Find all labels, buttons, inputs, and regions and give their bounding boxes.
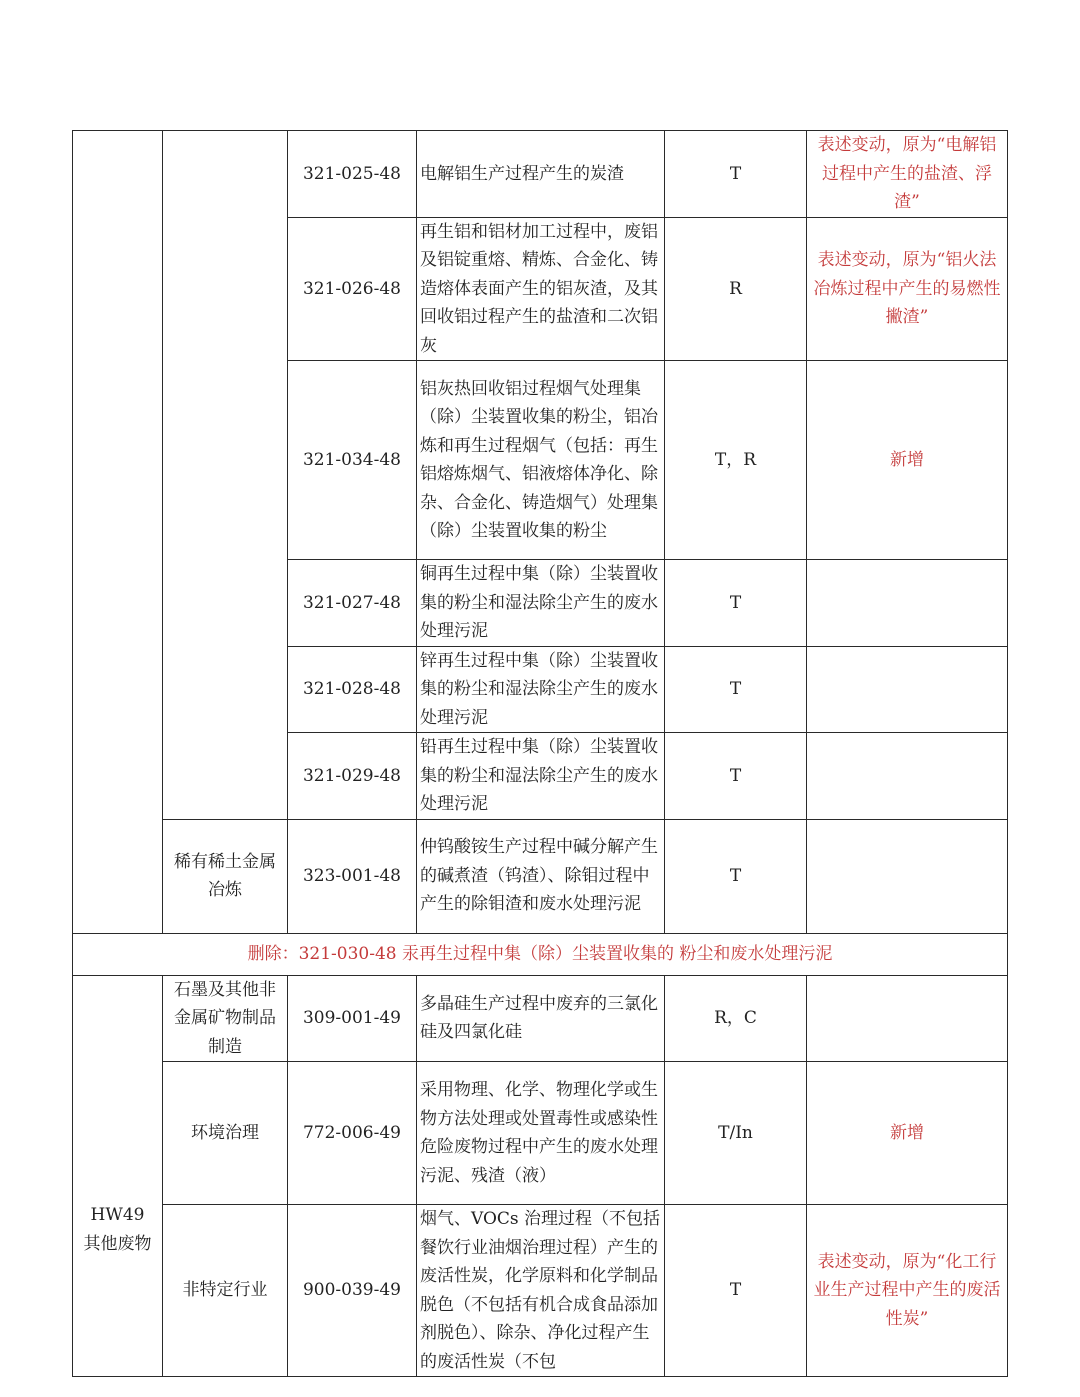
waste-code: 321-028-48 bbox=[288, 646, 417, 733]
change-note bbox=[807, 560, 1008, 647]
hazard-characteristic: T bbox=[665, 560, 807, 647]
waste-description: 锌再生过程中集（除）尘装置收集的粉尘和湿法除尘产生的废水处理污泥 bbox=[417, 646, 665, 733]
deleted-entry-note: 删除：321-030-48 汞再生过程中集（除）尘装置收集的 粉尘和废水处理污泥 bbox=[73, 933, 1008, 975]
table-row: HW49 其他废物 石墨及其他非金属矿物制品制造 309-001-49 多晶硅生… bbox=[73, 975, 1008, 1062]
industry-label: 环境治理 bbox=[163, 1062, 288, 1205]
hazard-characteristic: T/In bbox=[665, 1062, 807, 1205]
waste-description: 铅再生过程中集（除）尘装置收集的粉尘和湿法除尘产生的废水处理污泥 bbox=[417, 733, 665, 820]
table-row: 非特定行业 900-039-49 烟气、VOCs 治理过程（不包括餐饮行业油烟治… bbox=[73, 1205, 1008, 1377]
hazardous-waste-table: 321-025-48 电解铝生产过程产生的炭渣 T 表述变动，原为“电解铝过程中… bbox=[72, 130, 1008, 1377]
waste-code: 321-026-48 bbox=[288, 217, 417, 361]
waste-description: 铜再生过程中集（除）尘装置收集的粉尘和湿法除尘产生的废水处理污泥 bbox=[417, 560, 665, 647]
deleted-entry-row: 删除：321-030-48 汞再生过程中集（除）尘装置收集的 粉尘和废水处理污泥 bbox=[73, 933, 1008, 975]
change-note bbox=[807, 819, 1008, 933]
category-code: HW49 bbox=[76, 1201, 159, 1230]
waste-description: 仲钨酸铵生产过程中碱分解产生的碱煮渣（钨渣）、除钼过程中产生的除钼渣和废水处理污… bbox=[417, 819, 665, 933]
industry-label: 石墨及其他非金属矿物制品制造 bbox=[163, 975, 288, 1062]
industry-label: 非特定行业 bbox=[163, 1205, 288, 1377]
waste-code: 900-039-49 bbox=[288, 1205, 417, 1377]
table-row: 环境治理 772-006-49 采用物理、化学、物理化学或生物方法处理或处置毒性… bbox=[73, 1062, 1008, 1205]
waste-code: 321-034-48 bbox=[288, 361, 417, 560]
waste-description: 烟气、VOCs 治理过程（不包括餐饮行业油烟治理过程）产生的废活性炭，化学原料和… bbox=[417, 1205, 665, 1377]
waste-code: 321-027-48 bbox=[288, 560, 417, 647]
waste-description: 采用物理、化学、物理化学或生物方法处理或处置毒性或感染性危险废物过程中产生的废水… bbox=[417, 1062, 665, 1205]
waste-code: 309-001-49 bbox=[288, 975, 417, 1062]
change-note: 表述变动，原为“化工行业生产过程中产生的废活性炭” bbox=[807, 1205, 1008, 1377]
change-note: 新增 bbox=[807, 361, 1008, 560]
hazard-characteristic: T bbox=[665, 1205, 807, 1377]
hazard-characteristic: T bbox=[665, 646, 807, 733]
waste-code: 323-001-48 bbox=[288, 819, 417, 933]
change-note bbox=[807, 975, 1008, 1062]
hazard-characteristic: T，R bbox=[665, 361, 807, 560]
category-name: 其他废物 bbox=[76, 1230, 159, 1259]
table-row: 321-025-48 电解铝生产过程产生的炭渣 T 表述变动，原为“电解铝过程中… bbox=[73, 131, 1008, 218]
change-note bbox=[807, 646, 1008, 733]
waste-description: 再生铝和铝材加工过程中，废铝及铝锭重熔、精炼、合金化、铸造熔体表面产生的铝灰渣，… bbox=[417, 217, 665, 361]
change-note bbox=[807, 733, 1008, 820]
category-cell-hw48-continued bbox=[73, 131, 163, 934]
waste-code: 772-006-49 bbox=[288, 1062, 417, 1205]
waste-description: 电解铝生产过程产生的炭渣 bbox=[417, 131, 665, 218]
hazard-characteristic: R，C bbox=[665, 975, 807, 1062]
hazard-characteristic: R bbox=[665, 217, 807, 361]
industry-cell-continued bbox=[163, 131, 288, 820]
industry-label: 稀有稀土金属冶炼 bbox=[163, 819, 288, 933]
waste-code: 321-029-48 bbox=[288, 733, 417, 820]
change-note: 表述变动，原为“铝火法冶炼过程中产生的易燃性撇渣” bbox=[807, 217, 1008, 361]
waste-description: 多晶硅生产过程中废弃的三氯化硅及四氯化硅 bbox=[417, 975, 665, 1062]
hazard-characteristic: T bbox=[665, 733, 807, 820]
change-note: 新增 bbox=[807, 1062, 1008, 1205]
hazard-characteristic: T bbox=[665, 819, 807, 933]
change-note: 表述变动，原为“电解铝过程中产生的盐渣、浮渣” bbox=[807, 131, 1008, 218]
hazard-characteristic: T bbox=[665, 131, 807, 218]
waste-code: 321-025-48 bbox=[288, 131, 417, 218]
table-row: 稀有稀土金属冶炼 323-001-48 仲钨酸铵生产过程中碱分解产生的碱煮渣（钨… bbox=[73, 819, 1008, 933]
category-cell-hw49: HW49 其他废物 bbox=[73, 975, 163, 1377]
waste-description: 铝灰热回收铝过程烟气处理集（除）尘装置收集的粉尘，铝冶炼和再生过程烟气（包括：再… bbox=[417, 361, 665, 560]
